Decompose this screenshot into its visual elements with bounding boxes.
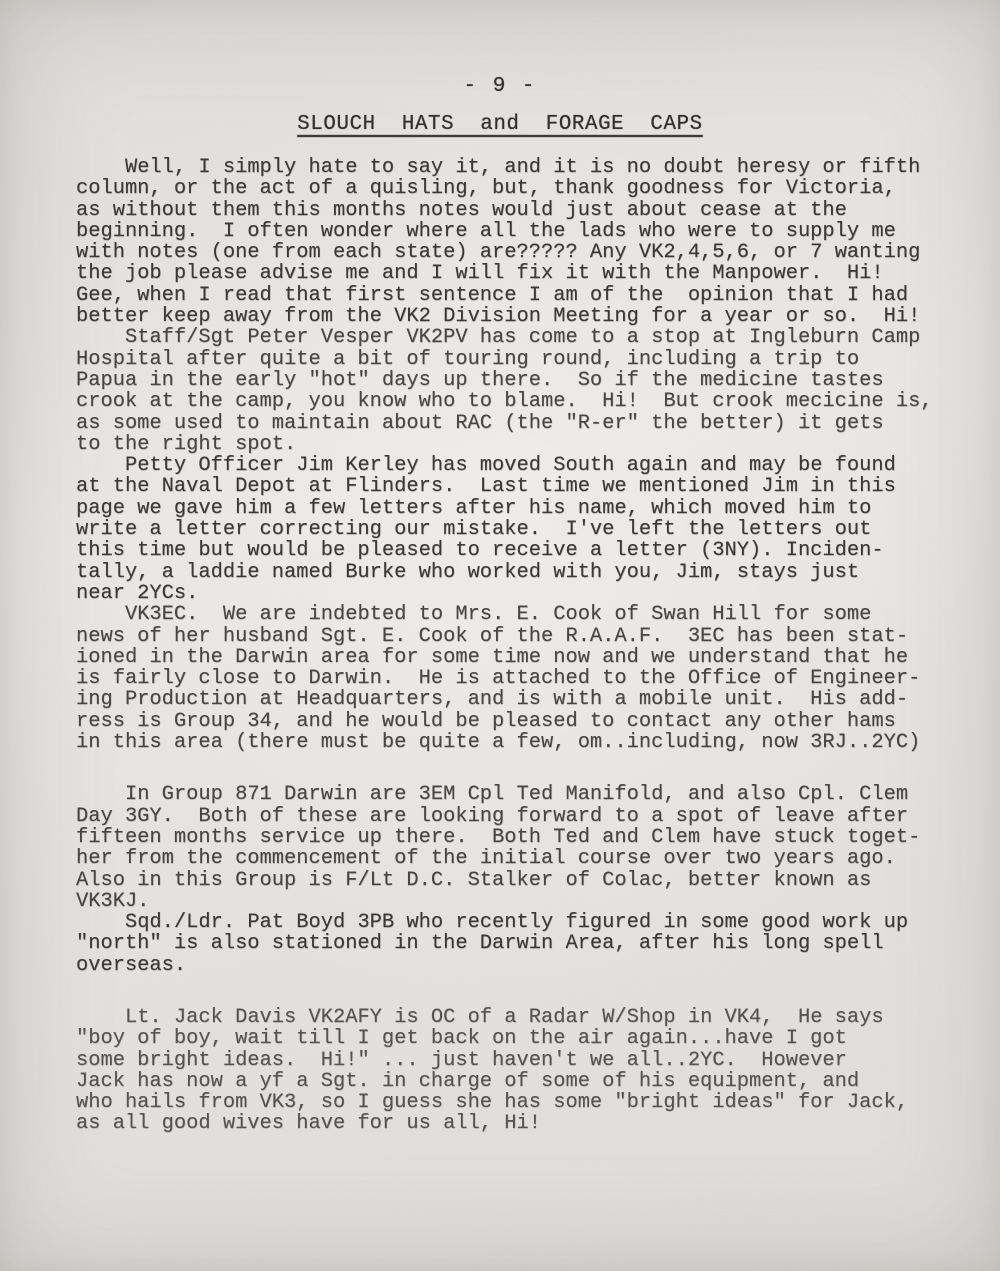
paragraph-vk3ec-cook: VK3EC. We are indebted to Mrs. E. Cook o… xyxy=(76,604,952,753)
paragraph-pat-boyd: Sqd./Ldr. Pat Boyd 3PB who recently figu… xyxy=(76,912,952,976)
paragraph-intro-victoria: Well, I simply hate to say it, and it is… xyxy=(76,157,952,327)
document-page: - 9 - SLOUCH HATS and FORAGE CAPS Well, … xyxy=(0,0,1000,1271)
page-number: - 9 - xyxy=(0,75,1000,98)
paragraph-peter-vesper: Staff/Sgt Peter Vesper VK2PV has come to… xyxy=(76,327,952,455)
page-title: SLOUCH HATS and FORAGE CAPS xyxy=(0,113,1000,136)
paragraph-jim-kerley: Petty Officer Jim Kerley has moved South… xyxy=(76,455,952,604)
body-text: Well, I simply hate to say it, and it is… xyxy=(76,157,952,1135)
paragraph-jack-davis: Lt. Jack Davis VK2AFY is OC of a Radar W… xyxy=(76,1007,952,1135)
paragraph-group-871-darwin: In Group 871 Darwin are 3EM Cpl Ted Mani… xyxy=(76,784,952,912)
